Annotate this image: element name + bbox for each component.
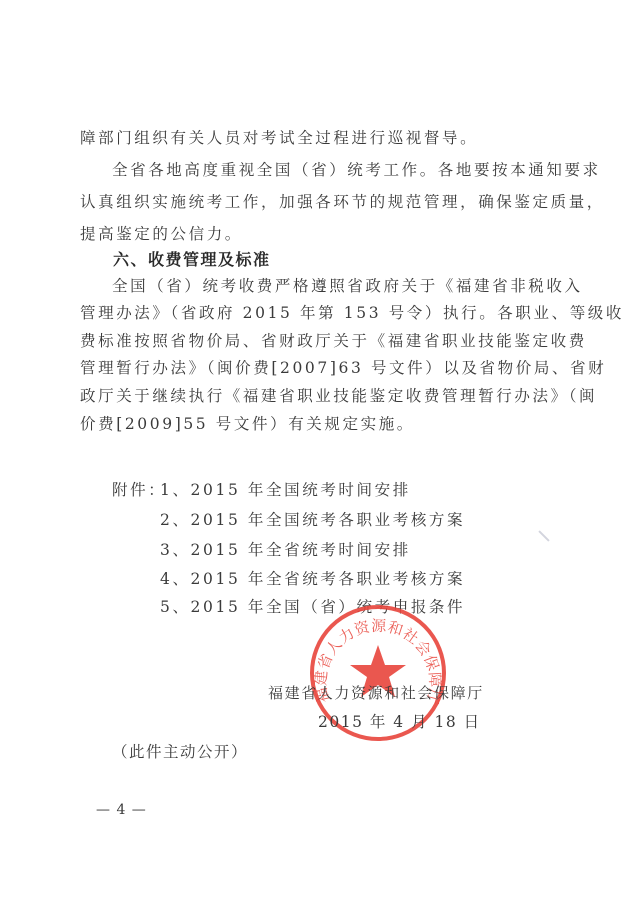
paragraph-line: 全省各地高度重视全国（省）统考工作。各地要按本通知要求 — [112, 160, 601, 180]
disclosure-note: （此件主动公开） — [112, 742, 248, 762]
paragraph-line: 政厅关于继续执行《福建省职业技能鉴定收费管理暂行办法》（闽 — [80, 386, 597, 406]
paragraph-line: 费标准按照省物价局、省财政厅关于《福建省职业技能鉴定收费 — [80, 331, 587, 351]
signature-organization: 福建省人力资源和社会保障厅 — [268, 683, 484, 703]
attachment-item: 1、2015 年全国统考时间安排 — [160, 480, 411, 500]
paragraph-line: 价费[2009]55 号文件）有关规定实施。 — [80, 414, 415, 434]
paragraph-line: 认真组织实施统考工作，加强各环节的规范管理，确保鉴定质量， — [80, 192, 605, 212]
attachment-item: 3、2015 年全省统考时间安排 — [160, 540, 411, 560]
page-number: — 4 — — [96, 800, 147, 820]
paragraph-line: 提高鉴定的公信力。 — [80, 224, 243, 244]
paragraph-line: 障部门组织有关人员对考试全过程进行巡视督导。 — [80, 128, 478, 148]
paragraph-line: 管理暂行办法》（闽价费[2007]63 号文件）以及省物价局、省财 — [80, 358, 606, 378]
signature-date: 2015 年 4 月 18 日 — [318, 712, 481, 732]
attachment-item: 2、2015 年全国统考各职业考核方案 — [160, 510, 465, 530]
paragraph-line: 全国（省）统考收费严格遵照省政府关于《福建省非税收入 — [112, 276, 583, 296]
scan-artifact — [538, 530, 549, 541]
attachments-label: 附件： — [112, 480, 166, 500]
paragraph-line: 管理办法》（省政府 2015 年第 153 号令）执行。各职业、等级收 — [80, 303, 624, 323]
section-heading: 六、收费管理及标准 — [113, 250, 271, 270]
attachment-item: 4、2015 年全省统考各职业考核方案 — [160, 569, 465, 589]
